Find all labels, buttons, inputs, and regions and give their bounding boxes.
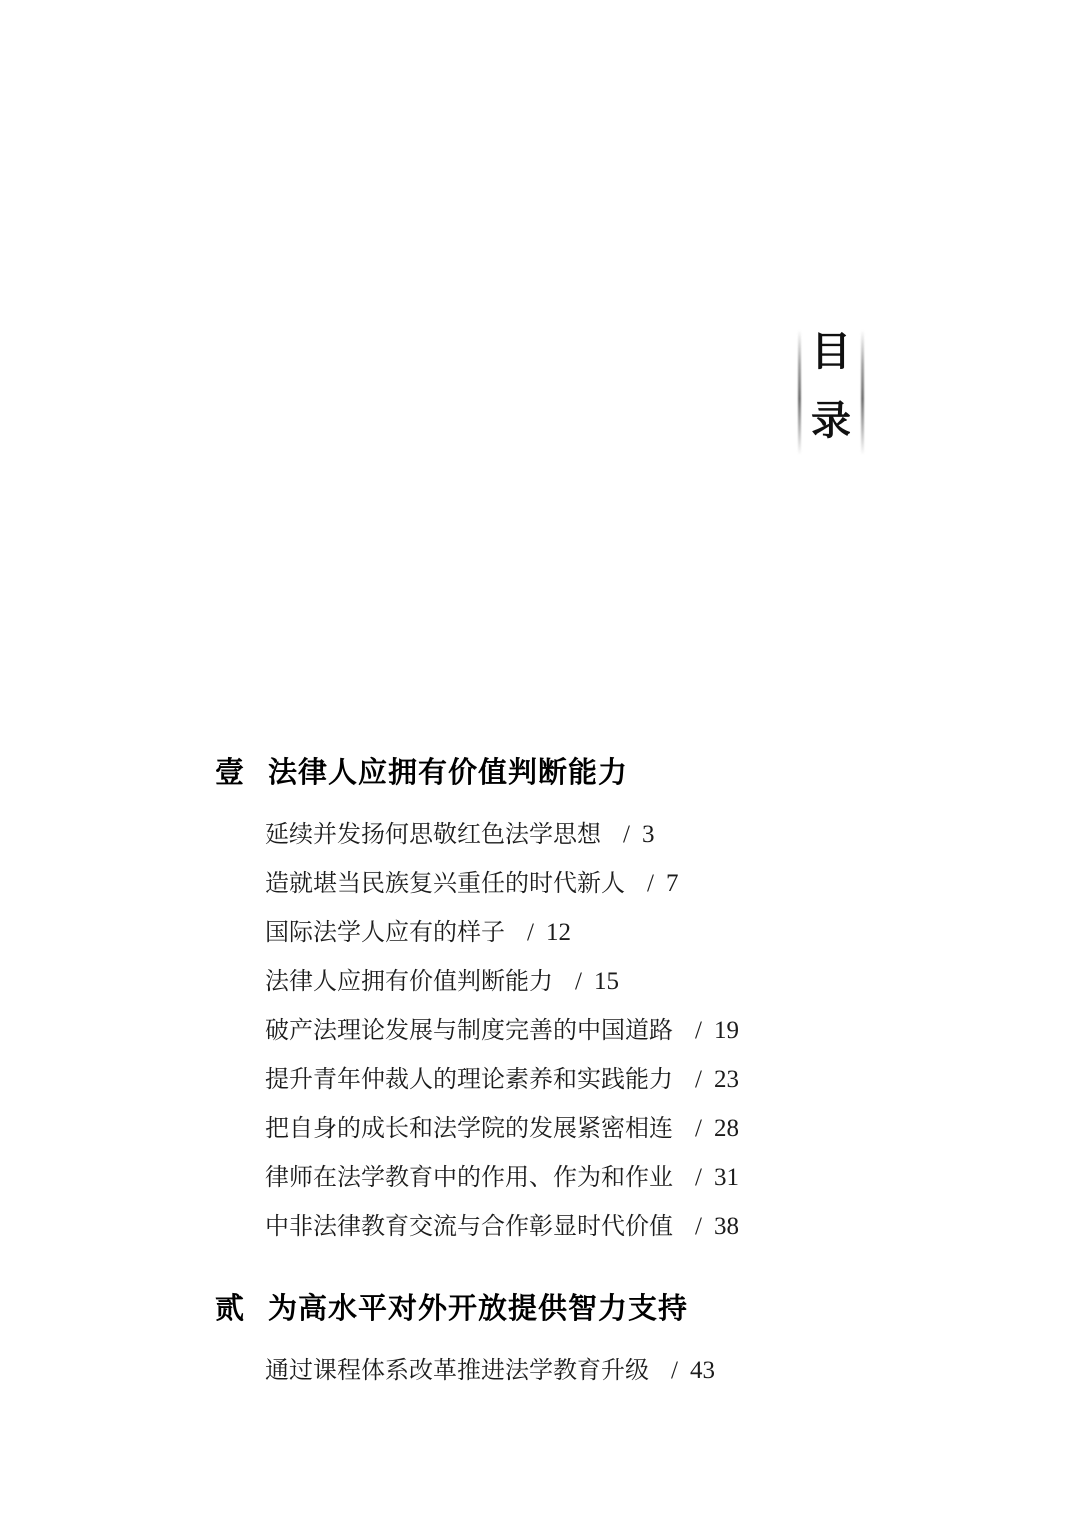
toc-entry: 破产法理论发展与制度完善的中国道路/19 [265,1006,935,1055]
section-2-number: 贰 [215,1293,268,1326]
toc-entry-separator: / [527,919,534,946]
section-2-header: 贰 为高水平对外开放提供智力支持 [215,1293,935,1326]
toc-entry-separator: / [695,1164,702,1191]
toc-entry-title: 律师在法学教育中的作用、作为和作业 [265,1165,673,1191]
toc-entry-title: 提升青年仲裁人的理论素养和实践能力 [265,1067,673,1093]
toc-entry: 延续并发扬何思敬红色法学思想/3 [265,810,935,859]
toc-title-block: 目 录 [798,330,864,455]
toc-entry-separator: / [695,1213,702,1240]
toc-section-2: 贰 为高水平对外开放提供智力支持 通过课程体系改革推进法学教育升级/43 [215,1293,935,1395]
toc-section-1: 壹 法律人应拥有价值判断能力 延续并发扬何思敬红色法学思想/3 造就堪当民族复兴… [215,757,935,1251]
toc-entry-title: 通过课程体系改革推进法学教育升级 [265,1358,649,1384]
section-1-entries: 延续并发扬何思敬红色法学思想/3 造就堪当民族复兴重任的时代新人/7 国际法学人… [265,810,935,1251]
toc-entry-page: 7 [666,870,679,897]
toc-entry-page: 28 [714,1115,739,1142]
section-1-header: 壹 法律人应拥有价值判断能力 [215,757,935,790]
toc-entry: 法律人应拥有价值判断能力/15 [265,957,935,1006]
section-1-number: 壹 [215,757,268,790]
toc-entry-separator: / [695,1115,702,1142]
toc-entry-separator: / [671,1357,678,1384]
toc-title-char-lu: 录 [798,401,864,441]
section-2-entries: 通过课程体系改革推进法学教育升级/43 [265,1346,935,1395]
toc-entry-page: 23 [714,1066,739,1093]
toc-entry-title: 国际法学人应有的样子 [265,920,505,946]
toc-entry-page: 3 [642,821,655,848]
toc-entry-title: 破产法理论发展与制度完善的中国道路 [265,1018,673,1044]
toc-entry-title: 法律人应拥有价值判断能力 [265,969,553,995]
toc-page: 目 录 壹 法律人应拥有价值判断能力 延续并发扬何思敬红色法学思想/3 造就堪当… [0,0,1080,1522]
toc-entry-page: 15 [594,968,619,995]
toc-entry: 提升青年仲裁人的理论素养和实践能力/23 [265,1055,935,1104]
toc-list: 壹 法律人应拥有价值判断能力 延续并发扬何思敬红色法学思想/3 造就堪当民族复兴… [215,757,935,1395]
toc-entry-separator: / [575,968,582,995]
toc-entry-separator: / [695,1066,702,1093]
toc-entry-page: 43 [690,1357,715,1384]
toc-entry-separator: / [695,1017,702,1044]
toc-entry-title: 延续并发扬何思敬红色法学思想 [265,822,601,848]
section-2-title: 为高水平对外开放提供智力支持 [268,1293,688,1326]
toc-entry-page: 38 [714,1213,739,1240]
toc-entry-page: 19 [714,1017,739,1044]
toc-entry: 造就堪当民族复兴重任的时代新人/7 [265,859,935,908]
section-1-title: 法律人应拥有价值判断能力 [268,757,628,790]
toc-entry: 通过课程体系改革推进法学教育升级/43 [265,1346,935,1395]
toc-entry-separator: / [647,870,654,897]
toc-title-char-mu: 目 [798,332,864,372]
toc-entry-title: 中非法律教育交流与合作彰显时代价值 [265,1214,673,1240]
toc-entry: 国际法学人应有的样子/12 [265,908,935,957]
toc-entry-page: 12 [546,919,571,946]
toc-entry-title: 把自身的成长和法学院的发展紧密相连 [265,1116,673,1142]
toc-entry-title: 造就堪当民族复兴重任的时代新人 [265,871,625,897]
toc-entry: 律师在法学教育中的作用、作为和作业/31 [265,1153,935,1202]
toc-entry: 把自身的成长和法学院的发展紧密相连/28 [265,1104,935,1153]
toc-entry-separator: / [623,821,630,848]
toc-entry-page: 31 [714,1164,739,1191]
toc-entry: 中非法律教育交流与合作彰显时代价值/38 [265,1202,935,1251]
